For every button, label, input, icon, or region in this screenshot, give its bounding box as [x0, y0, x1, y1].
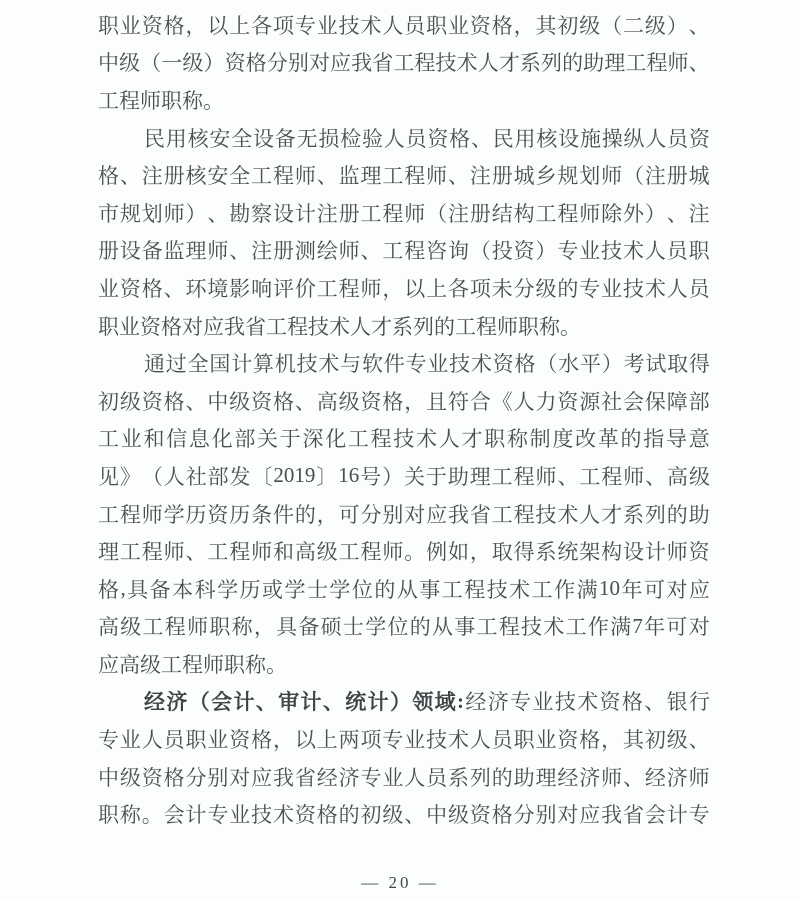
text-line: 业资格、环境影响评价工程师，以上各项未分级的专业技术人员 [98, 269, 710, 307]
text-line: 职业资格对应我省工程技术人才系列的工程师职称。 [98, 307, 710, 345]
text-line: 民用核安全设备无损检验人员资格、民用核设施操纵人员资 [98, 119, 710, 157]
page-number: — 20 — [361, 873, 439, 892]
page-footer: — 20 — [0, 873, 800, 893]
text-line: 工程师职称。 [98, 81, 710, 119]
text-block: 职业资格，以上各项专业技术人员职业资格，其初级（二级）、中级（一级）资格分别对应… [98, 6, 710, 833]
text-line: 市规划师）、勘察设计注册工程师（注册结构工程师除外）、注 [98, 194, 710, 232]
text-line: 格、注册核安全工程师、监理工程师、注册城乡规划师（注册城 [98, 156, 710, 194]
text-line: 职称。会计专业技术资格的初级、中级资格分别对应我省会计专 [98, 795, 710, 833]
text-line: 专业人员职业资格，以上两项专业技术人员职业资格，其初级、 [98, 720, 710, 758]
text-line: 工业和信息化部关于深化工程技术人才职称制度改革的指导意 [98, 420, 710, 458]
text-line: 通过全国计算机技术与软件专业技术资格（水平）考试取得 [98, 344, 710, 382]
text-line: 中级（一级）资格分别对应我省工程技术人才系列的助理工程师、 [98, 44, 710, 82]
text-line: 工程师学历资历条件的，可分别对应我省工程技术人才系列的助 [98, 495, 710, 533]
text-line: 见》（人社部发〔2019〕16号）关于助理工程师、工程师、高级 [98, 457, 710, 495]
text-line: 格,具备本科学历或学士学位的从事工程技术工作满10年可对应 [98, 570, 710, 608]
text-line: 初级资格、中级资格、高级资格，且符合《人力资源社会保障部 [98, 382, 710, 420]
text-line: 中级资格分别对应我省经济专业人员系列的助理经济师、经济师 [98, 758, 710, 796]
text-line: 册设备监理师、注册测绘师、工程咨询（投资）专业技术人员职 [98, 232, 710, 270]
text-line: 职业资格，以上各项专业技术人员职业资格，其初级（二级）、 [98, 6, 710, 44]
text-line: 经济（会计、审计、统计）领域:经济专业技术资格、银行 [98, 683, 710, 721]
text-line: 高级工程师职称，具备硕士学位的从事工程技术工作满7年可对 [98, 608, 710, 646]
text-line: 理工程师、工程师和高级工程师。例如，取得系统架构设计师资 [98, 532, 710, 570]
document-page: 职业资格，以上各项专业技术人员职业资格，其初级（二级）、中级（一级）资格分别对应… [0, 0, 800, 899]
text-line: 应高级工程师职称。 [98, 645, 710, 683]
